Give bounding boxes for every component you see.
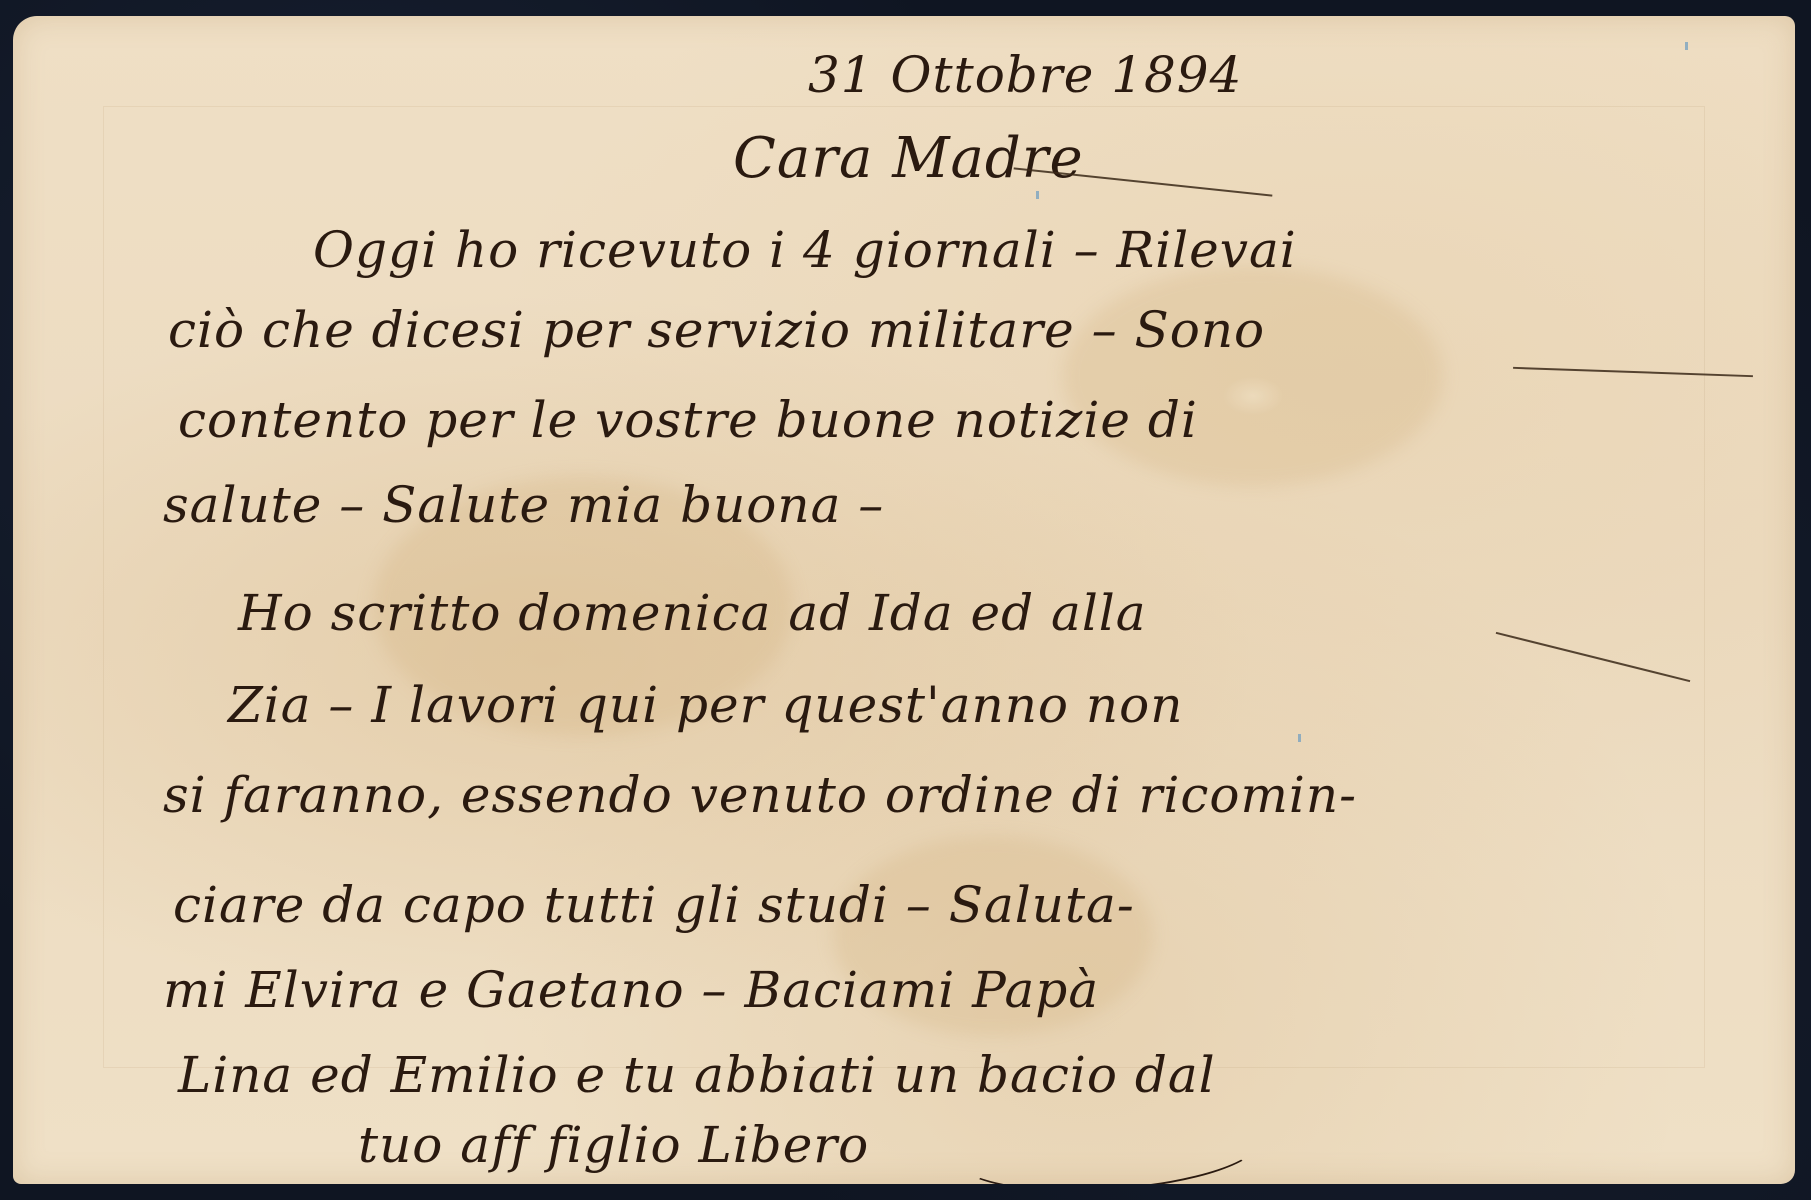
postcard: 31 Ottobre 1894 Cara Madre Oggi ho ricev…	[13, 16, 1795, 1184]
blue-ink-fleck	[1036, 191, 1039, 199]
letter-line-8: ciare da capo tutti gli studi – Saluta-	[173, 876, 1135, 934]
signature-flourish	[956, 1115, 1264, 1184]
letter-salutation: Cara Madre	[733, 126, 1084, 191]
letter-line-7: si faranno, essendo venuto ordine di ric…	[163, 766, 1357, 824]
letter-line-3: contento per le vostre buone notizie di	[178, 391, 1198, 449]
letter-line-2: ciò che dicesi per servizio militare – S…	[168, 301, 1265, 359]
blue-ink-fleck	[1298, 734, 1301, 742]
letter-line-5: Ho scritto domenica ad Ida ed alla	[238, 584, 1147, 642]
underline-stroke	[1496, 632, 1691, 682]
letter-line-1: Oggi ho ricevuto i 4 giornali – Rilevai	[313, 221, 1297, 279]
letter-date: 31 Ottobre 1894	[808, 46, 1242, 104]
blue-ink-fleck	[1685, 42, 1688, 50]
letter-line-4: salute – Salute mia buona –	[163, 476, 884, 534]
letter-closing-signature: tuo aff figlio Libero	[358, 1116, 869, 1174]
paper-stain	[1063, 266, 1443, 486]
underline-stroke	[1513, 367, 1753, 377]
letter-line-6: Zia – I lavori qui per quest'anno non	[228, 676, 1183, 734]
letter-line-10: Lina ed Emilio e tu abbiati un bacio dal	[178, 1046, 1216, 1104]
letter-line-9: mi Elvira e Gaetano – Baciami Papà	[163, 961, 1099, 1019]
